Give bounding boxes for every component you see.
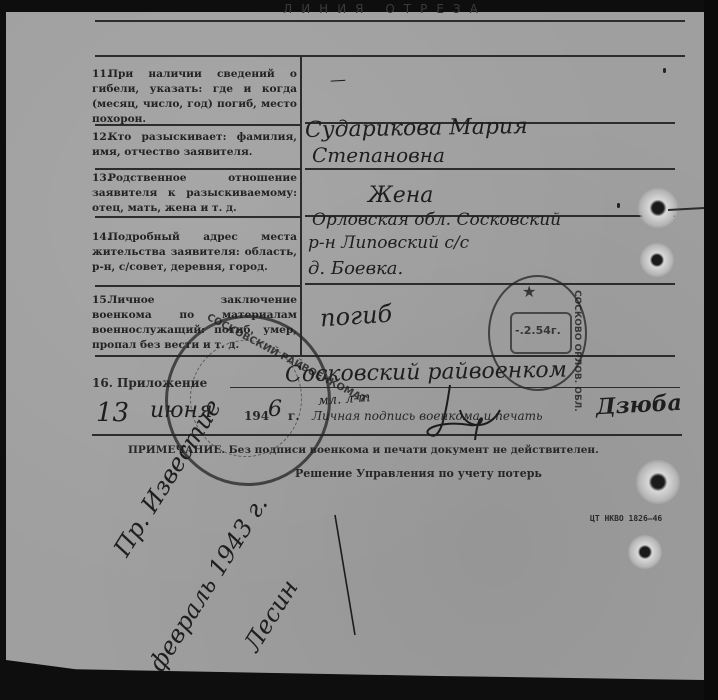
postmark-star: ★ [522, 282, 536, 301]
field-13-value: Жена [368, 183, 433, 208]
rule [95, 168, 300, 170]
field-12-value-line2: Степановна [312, 143, 445, 167]
column-divider [300, 55, 302, 355]
rule [95, 20, 685, 22]
commissar-signature: Дзюба [595, 390, 682, 420]
field-14-value-line3: д. Боевка. [308, 258, 403, 279]
rule [305, 283, 675, 285]
rule [95, 216, 300, 218]
field-15-value: погиб [319, 300, 393, 333]
rule [305, 168, 675, 170]
postmark-text: СОСКОВО ОРЛОВ. ОБЛ. [572, 290, 582, 412]
cut-line-label: ЛИНИЯ ОТРЕЗА [270, 2, 500, 16]
decision-stroke [330, 510, 360, 640]
scan-edge [704, 0, 718, 700]
print-code: ЦТ НКВО 1826—46 [590, 514, 662, 523]
ink-speck [617, 203, 620, 208]
rule [95, 285, 300, 287]
paper-tear [636, 460, 680, 504]
paper-tear [640, 243, 674, 277]
field-11-value: — [330, 70, 347, 90]
date-day: 13 [96, 398, 129, 428]
field-13-label: 13.Родственное отношение заявителя к раз… [92, 171, 297, 216]
field-12-value-line1: Сударикова Мария [305, 114, 528, 143]
postmark-date: -.2.54г. [515, 324, 561, 337]
field-12-label: 12.Кто разыскивает: фамилия, имя, отчест… [92, 130, 297, 160]
field-14-value-line1: Орловская обл. Сосковский [312, 210, 561, 230]
decision-heading: Решение Управления по учету потерь [295, 467, 542, 480]
rule [95, 55, 685, 57]
field-14-value-line2: р-н Липовский с/с [308, 233, 469, 253]
ink-speck [663, 68, 666, 73]
field-14-label: 14.Подробный адрес места жительства заяв… [92, 230, 297, 275]
paper-tear [628, 535, 662, 569]
field-11-label: 11.При наличии сведений о гибели, указат… [92, 67, 297, 127]
